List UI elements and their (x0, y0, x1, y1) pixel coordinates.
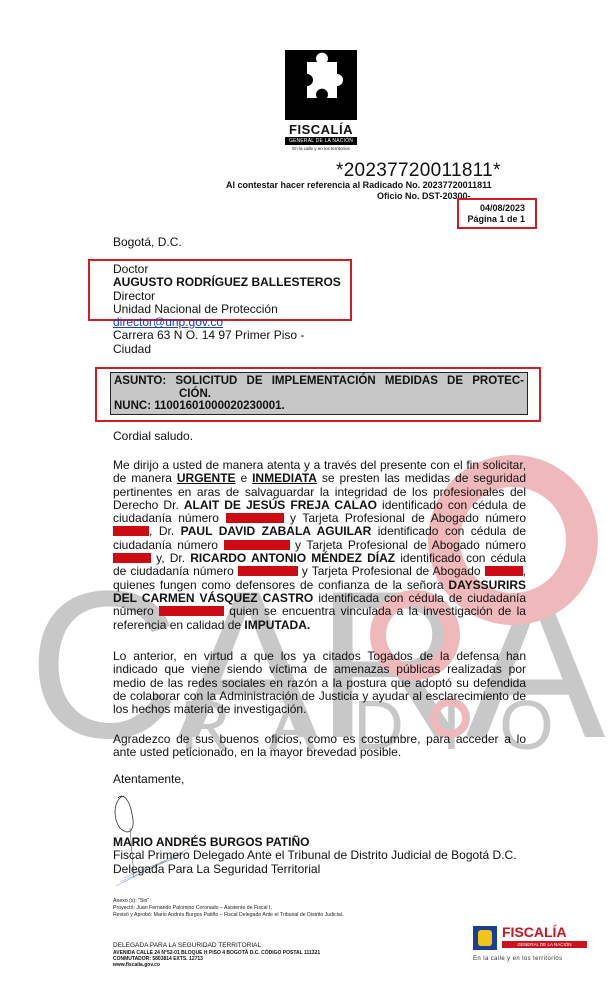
footer-logo-band: GENERAL DE LA NACIÓN (502, 941, 587, 948)
logo-title: FISCALÍA (285, 122, 357, 137)
subject-line-2: CIÓN. (114, 388, 524, 401)
redaction-bar (159, 606, 224, 616)
signer-name: MARIO ANDRÉS BURGOS PATIÑO (113, 836, 517, 849)
radicado-barcode-number: *20237720011811* (336, 160, 501, 182)
recipient-title: Director (113, 290, 373, 303)
signer-unit: Delegada Para La Seguridad Territorial (113, 863, 517, 876)
letter-city: Bogotá, D.C. (113, 236, 182, 249)
text: y, Dr. (151, 551, 190, 565)
immediate-emphasis: INMEDIATA (252, 471, 317, 485)
subject-line-1: ASUNTO: SOLICITUD DE IMPLEMENTACIÓN MEDI… (114, 375, 524, 388)
footer-address: DELEGADA PARA LA SEGURIDAD TERRITORIAL A… (113, 942, 320, 968)
subject-word: PROTEC- (472, 375, 524, 388)
logo-band: GENERAL DE LA NACIÓN (285, 137, 357, 145)
imputada-status: IMPUTADA. (244, 618, 310, 632)
footer-unit: DELEGADA PARA LA SEGURIDAD TERRITORIAL (113, 942, 320, 950)
subject-word: SOLICITUD (175, 375, 237, 388)
paragraph-thanks: Agradezco de sus buenos oficios, como es… (113, 733, 526, 760)
redaction-bar (485, 566, 523, 576)
greeting: Cordial saludo. (113, 430, 193, 443)
text: y Tarjeta Profesional de Abogado número (284, 511, 527, 525)
subject-word: DE (247, 375, 263, 388)
recipient-name: AUGUSTO RODRÍGUEZ BALLESTEROS (113, 276, 373, 289)
logo-tagline: En la calle y en los territorios (285, 146, 357, 151)
redaction-bar (238, 566, 298, 576)
recipient-organization: Unidad Nacional de Protección (113, 303, 373, 316)
lawyer-name: RICARDO ANTONIO MÉNDEZ DÍAZ (190, 551, 395, 565)
lawyer-name: PAUL DAVID ZABALA AGUILAR (181, 524, 372, 538)
redaction-bar (113, 526, 149, 536)
date-highlight-box: 04/08/2023 Página 1 de 1 (457, 198, 537, 229)
subject-word: ASUNTO: (114, 375, 166, 388)
lawyer-name: ALAIT DE JESÚS FREJA CALAO (184, 498, 377, 512)
footer-web-link[interactable]: www.fiscalia.gov.co (113, 962, 320, 968)
redaction-bar (224, 540, 290, 550)
puzzle-icon (285, 50, 357, 120)
text: y Tarjeta Profesional de Abogado número (290, 538, 527, 552)
recipient-address: Carrera 63 N O. 14 97 Primer Piso - (113, 329, 373, 342)
letter-date: 04/08/2023 (480, 203, 525, 213)
paragraph-request: Me dirijo a usted de manera atenta y a t… (113, 459, 526, 632)
signer-block: MARIO ANDRÉS BURGOS PATIÑO Fiscal Primer… (113, 836, 517, 876)
annex-line: Anexo (s): "Sin" (113, 898, 343, 905)
redaction-bar (113, 553, 151, 563)
recipient-email-link[interactable]: director@unp.gov.co (113, 315, 223, 329)
subject-block: ASUNTO: SOLICITUD DE IMPLEMENTACIÓN MEDI… (110, 372, 528, 415)
footer-fiscalia-logo: FISCALÍA GENERAL DE LA NACIÓN En la call… (473, 926, 591, 966)
recipient-block: Doctor AUGUSTO RODRÍGUEZ BALLESTEROS Dir… (113, 263, 373, 356)
paragraph-context: Lo anterior, en virtud a que los ya cita… (113, 650, 526, 716)
redaction-bar (226, 513, 284, 523)
text: y Tarjeta Profesional de Abogado (298, 564, 485, 578)
subject-word: DE (447, 375, 463, 388)
annex-block: Anexo (s): "Sin" Proyectó: Juan Fernando… (113, 898, 343, 919)
text: , Dr. (149, 524, 181, 538)
subject-word: IMPLEMENTACIÓN (272, 375, 376, 388)
coat-of-arms-icon (473, 926, 497, 950)
subject-nunc: NUNC: 11001601000020230001. (114, 400, 524, 413)
annex-line: Proyectó: Juan Fernando Palomino Coronad… (113, 905, 343, 912)
recipient-city: Ciudad (113, 343, 373, 356)
radicado-reference: Al contestar hacer referencia al Radicad… (226, 180, 492, 190)
signer-role: Fiscal Primero Delegado Ante el Tribunal… (113, 849, 517, 862)
subject-word: MEDIDAS (385, 375, 438, 388)
text: e (236, 471, 253, 485)
annex-line: Revisó y Aprobó: Mario Andrés Burgos Pat… (113, 912, 343, 919)
footer-logo-title: FISCALÍA (502, 924, 567, 940)
closing: Atentamente, (113, 773, 184, 786)
urgent-emphasis: URGENTE (177, 471, 236, 485)
page-number: Página 1 de 1 (467, 214, 525, 224)
fiscalia-logo: FISCALÍA GENERAL DE LA NACIÓN En la call… (285, 50, 357, 155)
footer-logo-tagline: En la calle y en los territorios (473, 956, 563, 962)
